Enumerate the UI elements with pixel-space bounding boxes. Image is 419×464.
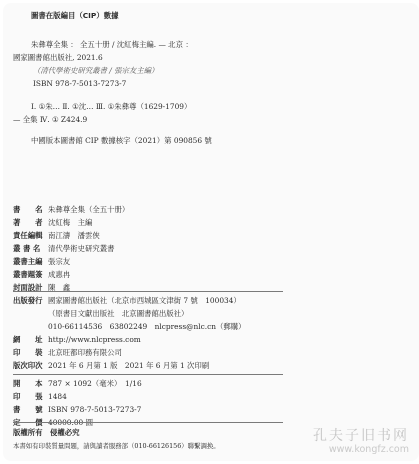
cip-heading: 圖書在版編目（CIP）數據 <box>31 11 119 21</box>
watermark-brand: 孔夫子旧书网 <box>313 425 409 445</box>
website-link[interactable]: http://www.nlcpress.com <box>48 335 141 344</box>
cip-isbn: ISBN 978-7-5013-7273-7 <box>33 79 126 89</box>
spec-label: 定 價 <box>13 418 48 428</box>
publishing-row: 網 址http://www.nlcpress.com <box>13 335 141 345</box>
credit-row: 叢書主編張宗友 <box>13 257 70 267</box>
credit-row: 書 名朱彝尊全集（全五十册） <box>13 205 129 215</box>
credit-value: 成惠冉 <box>48 270 70 279</box>
credit-label: 書 名 <box>13 205 48 215</box>
credit-row: 著 者沈紅梅 主編 <box>13 218 92 228</box>
publishing-label: 版次印次 <box>13 361 48 371</box>
publishing-value: 010-66114536 63802249 nlcpress@nlc.cn（郵購… <box>48 322 246 331</box>
credit-label: 責任編輯 <box>13 231 48 241</box>
copyright-notice: 本書如有印裝質量問題，請與讀者服務部（010-66126156）聯繫調换。 <box>13 441 220 451</box>
publishing-label: 印 裝 <box>13 348 48 358</box>
credit-value: 張宗友 <box>48 257 70 266</box>
cip-line: — 全集 Ⅳ. ① Z424.9 <box>13 115 87 125</box>
publishing-value: 北京旺都印務有限公司 <box>48 348 122 357</box>
publishing-value: 2021 年 6 月第 1 版 2021 年 6 月第 1 次印刷 <box>48 361 209 370</box>
publishing-value: （原書目文獻出版社 北京圖書館出版社） <box>48 309 188 318</box>
credit-label: 著 者 <box>13 218 48 228</box>
cip-approval: 中國版本圖書館 CIP 數據核字（2021）第 090856 號 <box>31 136 212 146</box>
divider <box>13 291 283 292</box>
credit-row: 責任編輯南江濤 潘雲俠 <box>13 231 100 241</box>
credit-row: 叢書題簽成惠冉 <box>13 270 70 280</box>
credit-row: 叢 書 名清代學術史研究叢書 <box>13 244 115 254</box>
divider <box>13 422 283 423</box>
spec-label: 印 張 <box>13 392 48 402</box>
spec-value: 787 × 1092（毫米） 1/16 <box>48 379 142 388</box>
publishing-value: 國家圖書館出版社（北京市西城區文津街 7 號 100034） <box>48 296 241 305</box>
publishing-label: 網 址 <box>13 335 48 345</box>
publishing-row: 出版發行國家圖書館出版社（北京市西城區文津街 7 號 100034） <box>13 296 241 306</box>
divider <box>13 374 283 375</box>
cip-line: （清代學術史研究叢書 / 張宗友主編） <box>33 66 158 76</box>
spec-row: 印 張1484 <box>13 392 67 402</box>
watermark-url: www.kongfz.com <box>329 444 409 455</box>
spec-row: 書 號ISBN 978-7-5013-7273-7 <box>13 405 141 415</box>
publishing-label: 出版發行 <box>13 296 48 306</box>
spec-row: 開 本787 × 1092（毫米） 1/16 <box>13 379 142 389</box>
cip-line: 國家圖書館出版社, 2021.6 <box>13 53 103 63</box>
publishing-row: 版次印次2021 年 6 月第 1 版 2021 年 6 月第 1 次印刷 <box>13 361 209 371</box>
copyright-title: 版權所有 侵權必究 <box>13 428 80 438</box>
credit-value: 朱彝尊全集（全五十册） <box>48 205 129 214</box>
spec-label: 書 號 <box>13 405 48 415</box>
credit-label: 叢書主編 <box>13 257 48 267</box>
publishing-row: （原書目文獻出版社 北京圖書館出版社） <box>13 309 188 319</box>
publishing-row: 印 裝北京旺都印務有限公司 <box>13 348 122 358</box>
credit-value: 南江濤 潘雲俠 <box>48 231 100 240</box>
credit-value: 沈紅梅 主編 <box>48 218 92 227</box>
cip-line: 朱彝尊全集 ： 全五十册 / 沈紅梅主編. — 北京 ： <box>31 40 193 50</box>
spec-row: 定 價40000.00 圓 <box>13 418 93 428</box>
publishing-row: 010-66114536 63802249 nlcpress@nlc.cn（郵購… <box>13 322 246 332</box>
cip-line: Ⅰ. ①朱… Ⅱ. ①沈… Ⅲ. ①朱彝尊（1629-1709） <box>31 102 191 112</box>
credit-label: 叢 書 名 <box>13 244 48 254</box>
spec-label: 開 本 <box>13 379 48 389</box>
spec-value: 1484 <box>48 392 67 401</box>
credit-label: 叢書題簽 <box>13 270 48 280</box>
credit-value: 清代學術史研究叢書 <box>48 244 115 253</box>
spec-value: ISBN 978-7-5013-7273-7 <box>48 405 141 414</box>
